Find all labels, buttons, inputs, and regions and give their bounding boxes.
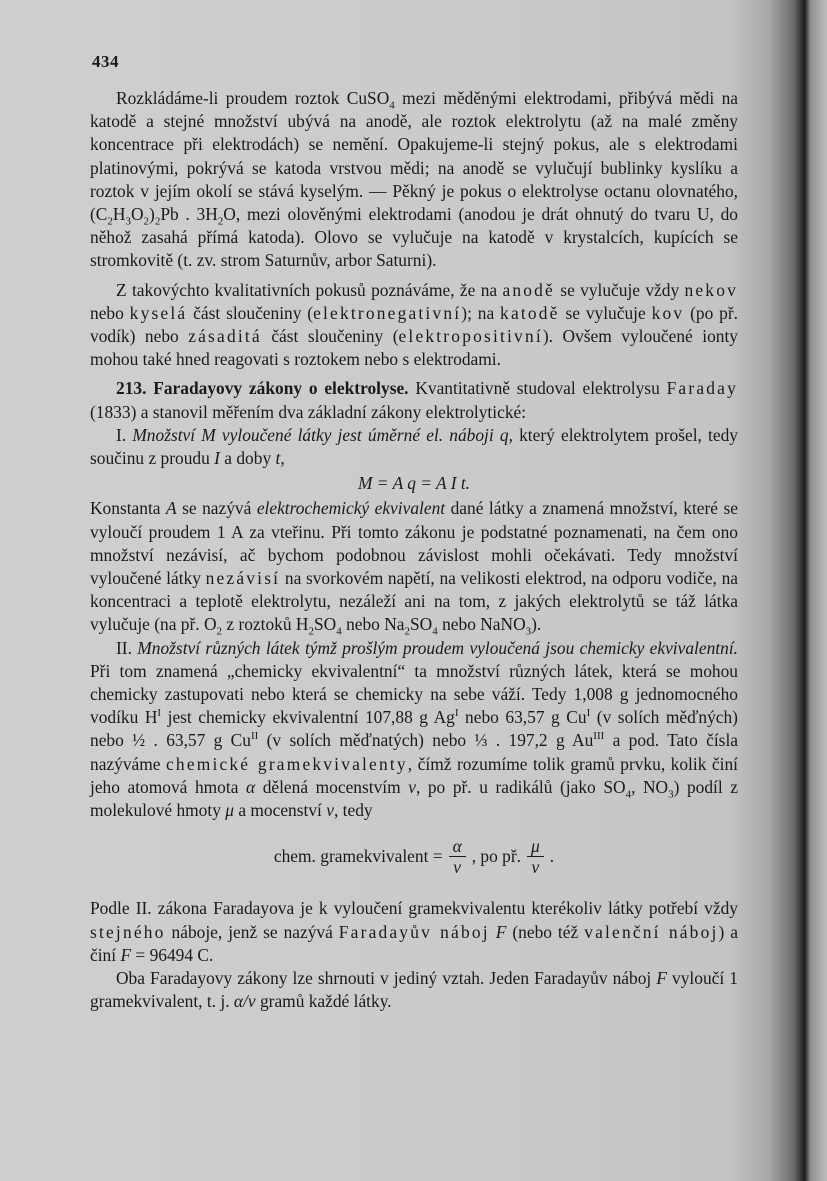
gram-equivalent-formula: chem. gramekvivalent = αv , po př. μv. <box>90 836 738 877</box>
section-number: 213. <box>116 378 146 398</box>
page-body: Rozkládáme-li proudem roztok CuSO4 mezi … <box>90 87 738 1013</box>
section-title: Faradayovy zákony o elektrolyse. <box>153 378 408 398</box>
term-gram-equivalents: chemické gramekvivalenty <box>166 754 408 774</box>
fraction-alpha-over-v: αv <box>449 836 466 877</box>
paragraph-electrolysis-cuso4: Rozkládáme-li proudem roztok CuSO4 mezi … <box>90 87 738 273</box>
section-heading-faraday-laws: 213. Faradayovy zákony o elektrolyse. Kv… <box>90 377 738 423</box>
paragraph-qualitative-experiments: Z takovýchto kvalitativních pokusů pozná… <box>90 279 738 372</box>
second-law-statement: Množství různých látek týmž prošlým prou… <box>137 638 738 658</box>
first-law-statement: Množství M vyloučené látky jest úměrné e… <box>132 425 513 445</box>
paragraph-faraday-charge: Podle II. zákona Faradayova je k vylouče… <box>90 897 738 967</box>
term-electrochemical-equivalent: elektrochemický ekvivalent <box>257 498 445 518</box>
scanned-page: 434 Rozkládáme-li proudem roztok CuSO4 m… <box>0 0 827 1181</box>
page-number: 434 <box>92 52 119 72</box>
first-law: I. Množství M vyloučené látky jest úměrn… <box>90 424 738 470</box>
second-law: II. Množství různých látek týmž prošlým … <box>90 637 738 823</box>
paragraph-electrochemical-equivalent: Konstanta A se nazývá elektrochemický ek… <box>90 497 738 636</box>
first-law-formula: M = A q = A I t. <box>90 472 738 495</box>
fraction-mu-over-v: μv <box>527 836 544 877</box>
paragraph-combined-law: Oba Faradayovy zákony lze shrnouti v jed… <box>90 967 738 1013</box>
